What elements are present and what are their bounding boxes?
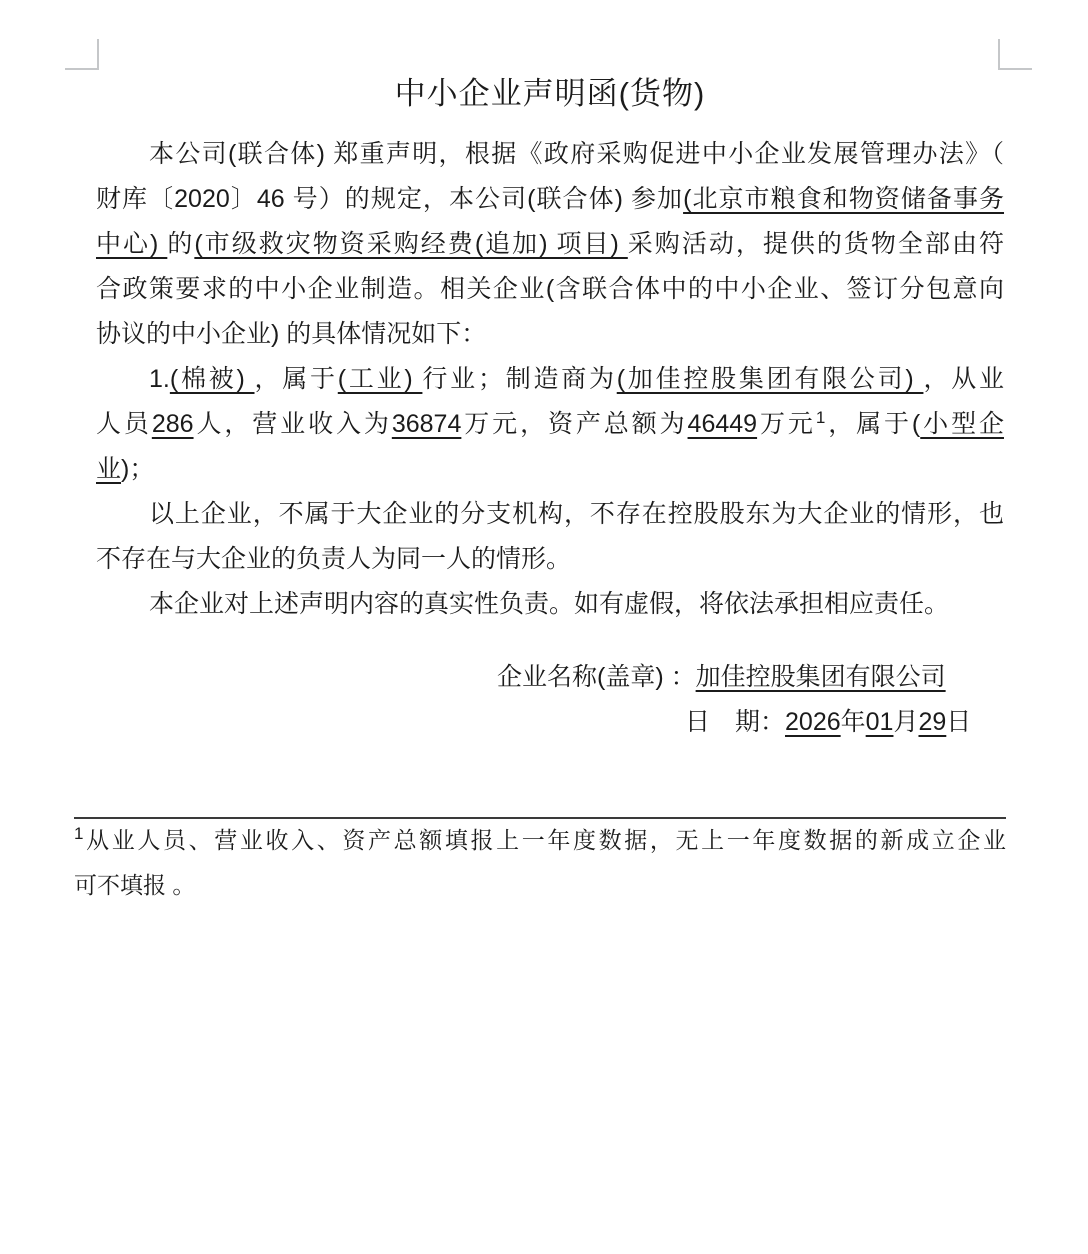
text-segment: ，属于	[255, 365, 338, 393]
text-segment: 日	[946, 708, 971, 736]
text-segment: 行业；制造商为	[422, 365, 616, 393]
underlined-fill-in-text: (加佳控股集团有限公司)	[617, 365, 924, 393]
text-line: 人员286人，营业收入为36874万元，资产总额为46449万元1，属于(小型企	[96, 402, 1004, 447]
text-line: 中心) 的(市级救灾物资采购经费(追加) 项目) 采购活动，提供的货物全部由符	[96, 222, 1004, 267]
text-line: 可不填报 。	[74, 863, 1006, 908]
text-line: 不存在与大企业的负责人为同一人的情形。	[96, 537, 1004, 582]
text-line: 本企业对上述声明内容的真实性负责。如有虚假，将依法承担相应责任。	[96, 582, 1004, 627]
text-line: 业)；	[96, 447, 1004, 492]
underlined-fill-in-text: (工业)	[338, 365, 423, 393]
text-line: 财库〔2020〕46 号）的规定，本公司(联合体) 参加(北京市粮食和物资储备事…	[96, 177, 1004, 222]
text-segment: 以上企业，不属于大企业的分支机构，不存在控股股东为大企业的情形，也	[149, 500, 1004, 528]
text-segment: 年	[841, 708, 866, 736]
text-segment: 月	[893, 708, 918, 736]
underlined-fill-in-text: 加佳控股集团有限公司	[696, 663, 946, 691]
signature-block: 企业名称(盖章) ：加佳控股集团有限公司日 期：2026年01月29日	[96, 655, 1004, 745]
text-line: 合政策要求的中小企业制造。相关企业(含联合体中的中小企业、签订分包意向	[96, 267, 1004, 312]
underlined-fill-in-text: (市级救灾物资采购经费(追加) 项目)	[194, 230, 627, 258]
text-boundary-mark-top-right	[998, 39, 1032, 70]
text-line: 1.(棉被) ，属于(工业) 行业；制造商为(加佳控股集团有限公司) ，从业	[96, 357, 1004, 402]
text-segment: 1.	[149, 365, 170, 393]
underlined-fill-in-text: (北京市粮食和物资储备事务	[683, 185, 1004, 213]
text-line: 企业名称(盖章) ：加佳控股集团有限公司	[96, 655, 1004, 700]
footnote-reference-superscript: 1	[816, 408, 825, 427]
text-segment: 协议的中小企业) 的具体情况如下：	[96, 320, 486, 348]
text-segment: 企业名称(盖章) ：	[497, 663, 696, 691]
text-line: 日 期：2026年01月29日	[96, 700, 1004, 745]
underlined-fill-in-text: 01	[866, 708, 894, 736]
document-page: 中小企业声明函(货物) 本公司(联合体) 郑重声明，根据《政府采购促进中小企业发…	[0, 0, 1088, 1254]
underlined-fill-in-text: 29	[918, 708, 946, 736]
text-segment: 万元	[757, 410, 816, 438]
underlined-fill-in-text: 中心)	[96, 230, 167, 258]
text-segment: 人员	[96, 410, 152, 438]
footnote: 1从业人员、营业收入、资产总额填报上一年度数据，无上一年度数据的新成立企业可不填…	[74, 818, 1006, 908]
underlined-fill-in-text: 小型企	[920, 410, 1004, 438]
text-segment: ，从业	[923, 365, 1004, 393]
text-segment: 本公司(联合体) 郑重声明，根据《政府采购促进中小企业发展管理办法》（	[149, 140, 1004, 168]
document-title: 中小企业声明函(货物)	[96, 74, 1004, 114]
text-segment: 财库〔2020〕46 号）的规定，本公司(联合体) 参加	[96, 185, 683, 213]
text-segment: )；	[121, 455, 154, 483]
text-segment: 可不填报 。	[74, 872, 195, 898]
declaration-body: 本公司(联合体) 郑重声明，根据《政府采购促进中小企业发展管理办法》（财库〔20…	[96, 132, 1004, 627]
text-segment: 本企业对上述声明内容的真实性负责。如有虚假，将依法承担相应责任。	[149, 590, 949, 618]
text-line: 协议的中小企业) 的具体情况如下：	[96, 312, 1004, 357]
underlined-fill-in-text: 46449	[688, 410, 758, 438]
text-segment: 人，营业收入为	[194, 410, 392, 438]
text-boundary-mark-top-left	[65, 39, 99, 70]
text-segment: 从业人员、营业收入、资产总额填报上一年度数据，无上一年度数据的新成立企业	[83, 827, 1006, 853]
text-segment: ，属于(	[825, 410, 920, 438]
text-line: 以上企业，不属于大企业的分支机构，不存在控股股东为大企业的情形，也	[96, 492, 1004, 537]
underlined-fill-in-text: 286	[152, 410, 194, 438]
text-segment: 不存在与大企业的负责人为同一人的情形。	[96, 545, 571, 573]
underlined-fill-in-text: 2026	[785, 708, 841, 736]
text-segment: 采购活动，提供的货物全部由符	[628, 230, 1004, 258]
text-line: 1从业人员、营业收入、资产总额填报上一年度数据，无上一年度数据的新成立企业	[74, 818, 1006, 863]
text-segment: 合政策要求的中小企业制造。相关企业(含联合体中的中小企业、签订分包意向	[96, 275, 1004, 303]
text-line: 本公司(联合体) 郑重声明，根据《政府采购促进中小企业发展管理办法》（	[96, 132, 1004, 177]
underlined-fill-in-text: 业	[96, 455, 121, 483]
text-segment: 万元，资产总额为	[461, 410, 687, 438]
text-segment: 日 期：	[685, 708, 785, 736]
underlined-fill-in-text: (棉被)	[170, 365, 255, 393]
text-segment: 的	[167, 230, 194, 258]
underlined-fill-in-text: 36874	[392, 410, 462, 438]
